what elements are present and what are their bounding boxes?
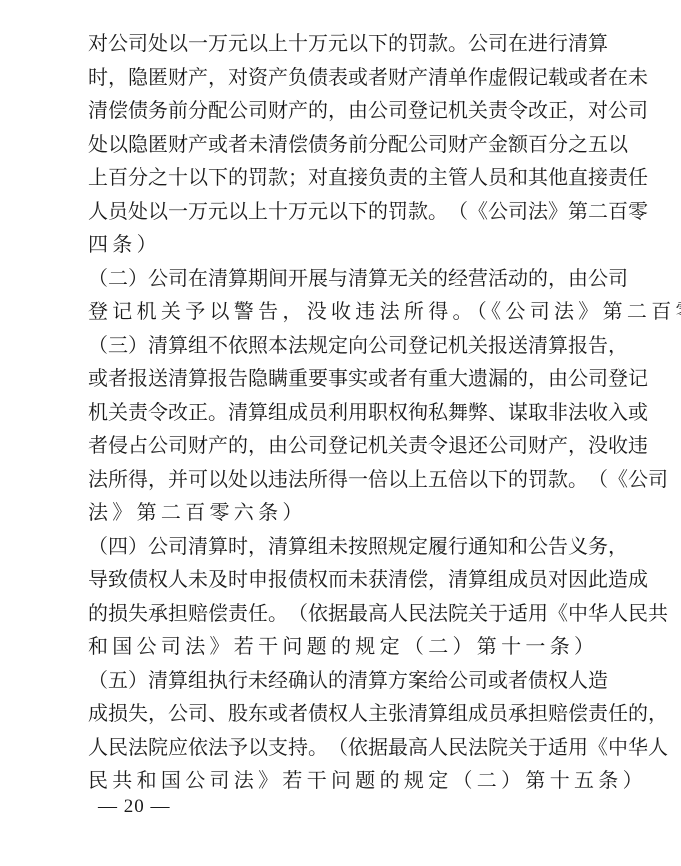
paragraph-company-law-204-continuation: 对公司处以一万元以上十万元以下的罚款。公司在进行清算 时，隐匿财产，对资产负债表… — [88, 27, 602, 262]
text-line: 机关责令改正。清算组成员利用职权徇私舞弊、谋取非法收入或 — [88, 396, 602, 430]
text-line: 对公司处以一万元以上十万元以下的罚款。公司在进行清算 — [88, 27, 602, 61]
text-line: 导致债权人未及时申报债权而未获清偿，清算组成员对因此造成 — [88, 563, 602, 597]
text-line: 民共和国公司法》若干问题的规定（二）第十五条） — [88, 764, 602, 798]
text-line: 人民法院应依法予以支持。（依据最高人民法院关于适用《中华人 — [88, 731, 602, 765]
text-line: （四）公司清算时，清算组未按照规定履行通知和公告义务， — [88, 530, 602, 564]
text-line: 法》第二百零六条） — [88, 496, 602, 530]
paragraph-item-4: （四）公司清算时，清算组未按照规定履行通知和公告义务， 导致债权人未及时申报债权… — [88, 530, 602, 664]
paragraph-item-5: （五）清算组执行未经确认的清算方案给公司或者债权人造 成损失，公司、股东或者债权… — [88, 664, 602, 798]
text-line: （三）清算组不依照本法规定向公司登记机关报送清算报告， — [88, 329, 602, 363]
text-line: 和国公司法》若干问题的规定（二）第十一条） — [88, 630, 602, 664]
text-line: 时，隐匿财产，对资产负债表或者财产清单作虚假记载或者在未 — [88, 61, 602, 95]
text-line: （二）公司在清算期间开展与清算无关的经营活动的，由公司 — [88, 262, 602, 296]
text-line: 登记机关予以警告，没收违法所得。（《公司法》第二百零五条） — [88, 295, 602, 329]
text-line: （五）清算组执行未经确认的清算方案给公司或者债权人造 — [88, 664, 602, 698]
text-line: 者侵占公司财产的，由公司登记机关责令退还公司财产，没收违 — [88, 429, 602, 463]
paragraph-item-2: （二）公司在清算期间开展与清算无关的经营活动的，由公司 登记机关予以警告，没收违… — [88, 262, 602, 329]
text-line: 处以隐匿财产或者未清偿债务前分配公司财产金额百分之五以 — [88, 128, 602, 162]
text-line: 法所得，并可以处以违法所得一倍以上五倍以下的罚款。（《公司 — [88, 463, 602, 497]
text-line: 或者报送清算报告隐瞒重要事实或者有重大遗漏的，由公司登记 — [88, 362, 602, 396]
text-line: 成损失，公司、股东或者债权人主张清算组成员承担赔偿责任的， — [88, 697, 602, 731]
text-line: 四条） — [88, 228, 602, 262]
text-line: 上百分之十以下的罚款；对直接负责的主管人员和其他直接责任 — [88, 161, 602, 195]
document-page: 对公司处以一万元以上十万元以下的罚款。公司在进行清算 时，隐匿财产，对资产负债表… — [88, 27, 602, 798]
text-line: 清偿债务前分配公司财产的，由公司登记机关责令改正，对公司 — [88, 94, 602, 128]
paragraph-item-3: （三）清算组不依照本法规定向公司登记机关报送清算报告， 或者报送清算报告隐瞒重要… — [88, 329, 602, 530]
text-line: 人员处以一万元以上十万元以下的罚款。（《公司法》第二百零 — [88, 195, 602, 229]
text-line: 的损失承担赔偿责任。（依据最高人民法院关于适用《中华人民共 — [88, 597, 602, 631]
page-number: — 20 — — [98, 796, 171, 818]
